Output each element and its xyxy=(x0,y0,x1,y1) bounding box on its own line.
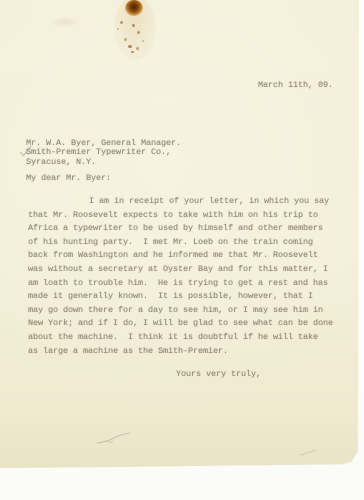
body-line: about the machine. I think it is doubtfu… xyxy=(28,331,348,345)
stain-dot xyxy=(136,47,139,50)
scanned-letter-page: March 11th, 09. Mr. W.A. Byer, General M… xyxy=(0,0,364,500)
body-line: I am in receipt of your letter, in which… xyxy=(28,195,348,209)
body-line: of his hunting party. I met Mr. Loeb on … xyxy=(28,236,348,250)
salutation: My dear Mr. Byer: xyxy=(26,173,111,183)
stain-dot xyxy=(117,28,119,30)
recipient-city: Syracuse, N.Y. xyxy=(26,158,181,167)
body-line: am loath to trouble him. He is trying to… xyxy=(28,277,348,291)
stain-dot xyxy=(137,31,140,34)
body-line: was without a secretary at Oyster Bay an… xyxy=(28,263,348,277)
faint-pencil-mark xyxy=(300,449,317,455)
body-line: that Mr. Roosevelt expects to take with … xyxy=(28,209,348,223)
letter-body: I am in receipt of your letter, in which… xyxy=(28,195,348,358)
stain-dot xyxy=(142,40,144,42)
pencil-scribble xyxy=(94,430,134,448)
body-line: Africa a typewriter to be used by himsel… xyxy=(28,222,348,236)
pencil-check-icon xyxy=(19,145,33,158)
stain-dot xyxy=(128,45,132,48)
body-line: back from Washington and he informed me … xyxy=(28,249,348,263)
closing-phrase: Yours very truly, xyxy=(176,369,261,379)
letter-date: March 11th, 09. xyxy=(258,80,333,90)
body-line: New York; and if I do, I will be glad to… xyxy=(28,317,348,331)
stain-dot xyxy=(120,21,123,24)
stain-dot xyxy=(131,51,134,53)
stain-dot xyxy=(124,38,127,41)
stain-dot xyxy=(132,24,135,27)
body-line: may go down there for a day to see him, … xyxy=(28,304,348,318)
paper-smudge xyxy=(50,17,80,27)
letter-paper: March 11th, 09. Mr. W.A. Byer, General M… xyxy=(0,0,359,468)
body-line: as large a machine as the Smith-Premier. xyxy=(28,345,348,359)
recipient-address: Mr. W.A. Byer, General Manager. Smith-Pr… xyxy=(26,139,181,167)
rust-stain xyxy=(125,0,143,16)
body-line: made it generally known. It is possible,… xyxy=(28,290,348,304)
